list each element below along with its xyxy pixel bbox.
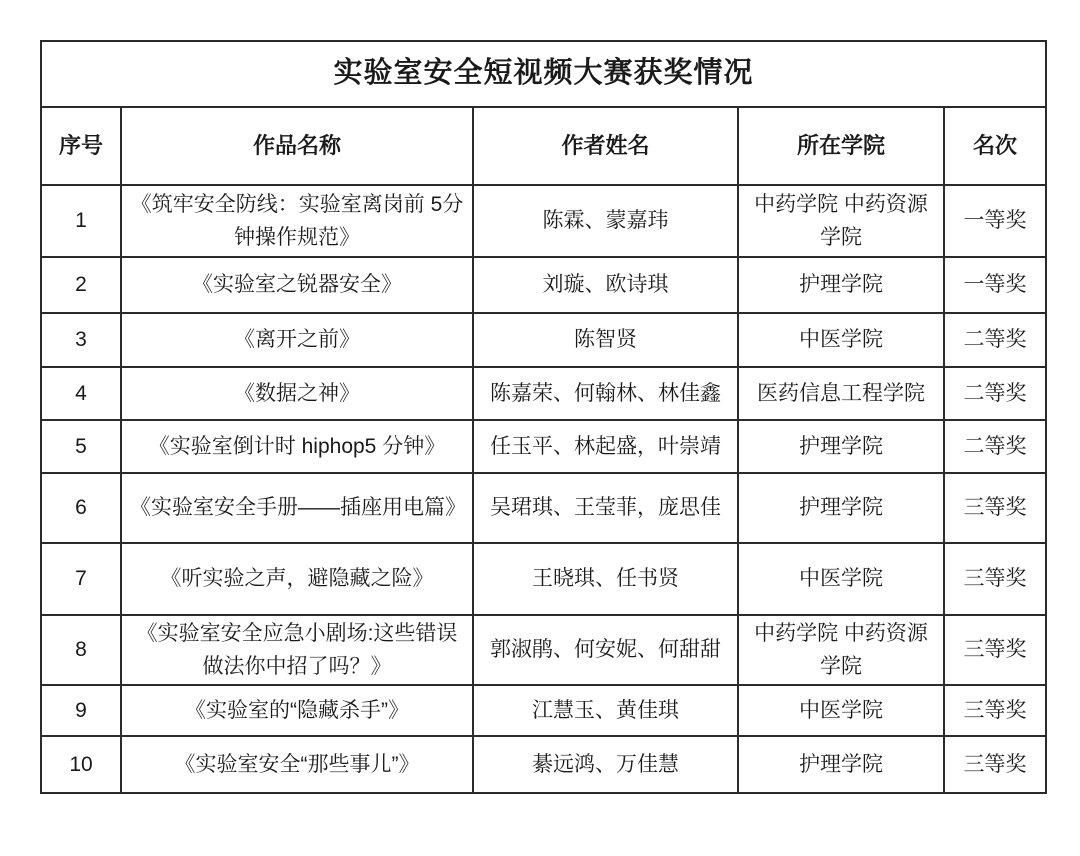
rank-cell: 二等奖 <box>944 420 1046 473</box>
row-number-cell: 5 <box>41 420 121 473</box>
authors-cell: 陈霖、蒙嘉玮 <box>473 185 738 257</box>
row-number-cell: 9 <box>41 685 121 736</box>
column-header-college: 所在学院 <box>738 107 944 185</box>
column-header-work: 作品名称 <box>121 107 473 185</box>
authors-cell: 陈嘉荣、何翰林、林佳鑫 <box>473 367 738 420</box>
table-row: 4 《数据之神》 陈嘉荣、何翰林、林佳鑫 医药信息工程学院 二等奖 <box>41 367 1046 420</box>
table-row: 10 《实验室安全“那些事儿”》 綦远鸿、万佳慧 护理学院 三等奖 <box>41 736 1046 793</box>
authors-cell: 江慧玉、黄佳琪 <box>473 685 738 736</box>
rank-cell: 三等奖 <box>944 615 1046 685</box>
row-number-cell: 10 <box>41 736 121 793</box>
college-cell: 护理学院 <box>738 736 944 793</box>
page: 实验室安全短视频大赛获奖情况 序号 作品名称 作者姓名 所在学院 名次 1 《筑… <box>0 0 1080 856</box>
table-title: 实验室安全短视频大赛获奖情况 <box>41 41 1046 107</box>
rank-cell: 三等奖 <box>944 473 1046 543</box>
authors-cell: 綦远鸿、万佳慧 <box>473 736 738 793</box>
work-title-cell: 《听实验之声，避隐藏之险》 <box>121 543 473 615</box>
college-cell: 中药学院 中药资源学院 <box>738 185 944 257</box>
table-row: 2 《实验室之锐器安全》 刘璇、欧诗琪 护理学院 一等奖 <box>41 257 1046 313</box>
table-row: 7 《听实验之声，避隐藏之险》 王晓琪、任书贤 中医学院 三等奖 <box>41 543 1046 615</box>
table-row: 5 《实验室倒计时 hiphop5 分钟》 任玉平、林起盛，叶崇靖 护理学院 二… <box>41 420 1046 473</box>
authors-cell: 任玉平、林起盛，叶崇靖 <box>473 420 738 473</box>
row-number-cell: 7 <box>41 543 121 615</box>
college-cell: 中药学院 中药资源学院 <box>738 615 944 685</box>
rank-cell: 一等奖 <box>944 185 1046 257</box>
rank-cell: 一等奖 <box>944 257 1046 313</box>
row-number-cell: 3 <box>41 313 121 367</box>
awards-table: 实验室安全短视频大赛获奖情况 序号 作品名称 作者姓名 所在学院 名次 1 《筑… <box>40 40 1047 794</box>
column-header-authors: 作者姓名 <box>473 107 738 185</box>
row-number-cell: 6 <box>41 473 121 543</box>
table-row: 6 《实验室安全手册——插座用电篇》 吴珺琪、王莹菲，庞思佳 护理学院 三等奖 <box>41 473 1046 543</box>
column-header-no: 序号 <box>41 107 121 185</box>
authors-cell: 刘璇、欧诗琪 <box>473 257 738 313</box>
authors-cell: 郭淑鹃、何安妮、何甜甜 <box>473 615 738 685</box>
work-title-cell: 《筑牢安全防线：实验室离岗前 5分钟操作规范》 <box>121 185 473 257</box>
table-row: 3 《离开之前》 陈智贤 中医学院 二等奖 <box>41 313 1046 367</box>
table-row: 9 《实验室的“隐藏杀手”》 江慧玉、黄佳琪 中医学院 三等奖 <box>41 685 1046 736</box>
college-cell: 中医学院 <box>738 543 944 615</box>
rank-cell: 三等奖 <box>944 685 1046 736</box>
college-cell: 护理学院 <box>738 257 944 313</box>
college-cell: 中医学院 <box>738 313 944 367</box>
column-header-rank: 名次 <box>944 107 1046 185</box>
rank-cell: 二等奖 <box>944 367 1046 420</box>
authors-cell: 陈智贤 <box>473 313 738 367</box>
work-title-cell: 《实验室安全应急小剧场:这些错误做法你中招了吗？》 <box>121 615 473 685</box>
college-cell: 护理学院 <box>738 473 944 543</box>
row-number-cell: 8 <box>41 615 121 685</box>
work-title-cell: 《离开之前》 <box>121 313 473 367</box>
header-row: 序号 作品名称 作者姓名 所在学院 名次 <box>41 107 1046 185</box>
rank-cell: 三等奖 <box>944 736 1046 793</box>
work-title-cell: 《实验室安全“那些事儿”》 <box>121 736 473 793</box>
college-cell: 护理学院 <box>738 420 944 473</box>
authors-cell: 吴珺琪、王莹菲，庞思佳 <box>473 473 738 543</box>
work-title-cell: 《实验室的“隐藏杀手”》 <box>121 685 473 736</box>
row-number-cell: 4 <box>41 367 121 420</box>
rank-cell: 三等奖 <box>944 543 1046 615</box>
authors-cell: 王晓琪、任书贤 <box>473 543 738 615</box>
row-number-cell: 2 <box>41 257 121 313</box>
row-number-cell: 1 <box>41 185 121 257</box>
table-row: 1 《筑牢安全防线：实验室离岗前 5分钟操作规范》 陈霖、蒙嘉玮 中药学院 中药… <box>41 185 1046 257</box>
title-row: 实验室安全短视频大赛获奖情况 <box>41 41 1046 107</box>
rank-cell: 二等奖 <box>944 313 1046 367</box>
college-cell: 医药信息工程学院 <box>738 367 944 420</box>
work-title-cell: 《实验室安全手册——插座用电篇》 <box>121 473 473 543</box>
table-row: 8 《实验室安全应急小剧场:这些错误做法你中招了吗？》 郭淑鹃、何安妮、何甜甜 … <box>41 615 1046 685</box>
work-title-cell: 《实验室倒计时 hiphop5 分钟》 <box>121 420 473 473</box>
work-title-cell: 《数据之神》 <box>121 367 473 420</box>
college-cell: 中医学院 <box>738 685 944 736</box>
work-title-cell: 《实验室之锐器安全》 <box>121 257 473 313</box>
